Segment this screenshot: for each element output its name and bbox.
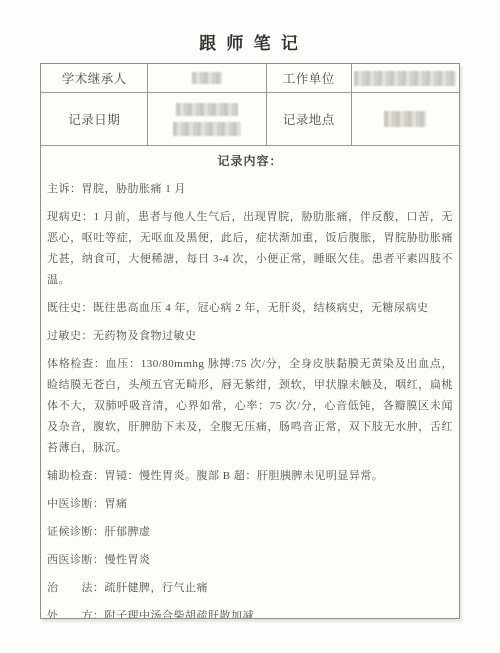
redacted-record-date-line1	[176, 103, 238, 116]
redacted-successor-name	[192, 72, 222, 84]
redacted-work-unit	[354, 71, 456, 86]
allergy-history: 过敏史：无药物及食物过敏史	[47, 326, 453, 347]
successor-label: 学术继承人	[62, 69, 127, 87]
prescription: 处 方：附子理中汤合柴胡疏肝散加减	[47, 606, 453, 618]
record-content-section: 记录内容： 主诉：胃脘，胁肋胀痛 1 月 现病史：1 月前，患者与他人生气后，出…	[41, 146, 459, 618]
note-table: 学术继承人 工作单位 记录日期 记录地点	[40, 63, 460, 619]
record-date-label-cell: 记录日期	[41, 93, 148, 146]
record-place-label-cell: 记录地点	[267, 93, 352, 146]
redacted-record-place	[384, 111, 426, 127]
tcm-diagnosis: 中医诊断：胃痛	[47, 494, 453, 515]
work-unit-label: 工作单位	[283, 69, 335, 87]
info-header-table: 学术继承人 工作单位 记录日期 记录地点	[41, 64, 459, 146]
record-date-value-cell	[148, 93, 266, 146]
work-unit-value-cell	[352, 64, 459, 93]
physical-exam: 体格检查：血压：130/80mmhg 脉搏:75 次/分，全身皮肤黏膜无黄染及出…	[47, 354, 453, 459]
auxiliary-exam: 辅助检查：胃镜：慢性胃炎。腹部 B 超：肝胆胰脾未见明显异常。	[47, 466, 453, 487]
treatment-method: 治 法：疏肝健脾，行气止痛	[47, 578, 453, 599]
page-title: 跟 师 笔 记	[0, 33, 500, 55]
past-history: 既往史：既往患高血压 4 年，冠心病 2 年，无肝炎，结核病史，无糖尿病史	[47, 298, 453, 319]
record-place-label: 记录地点	[283, 110, 335, 128]
successor-label-cell: 学术继承人	[41, 64, 148, 93]
work-unit-label-cell: 工作单位	[267, 64, 352, 93]
western-diagnosis: 西医诊断：慢性胃炎	[47, 550, 453, 571]
record-date-label: 记录日期	[68, 110, 120, 128]
document-page: 跟 师 笔 记 学术继承人 工作单位 记录日期	[0, 0, 500, 653]
chief-complaint: 主诉：胃脘，胁肋胀痛 1 月	[47, 179, 453, 200]
syndrome-diagnosis: 证候诊断：肝郁脾虚	[47, 522, 453, 543]
record-place-value-cell	[352, 93, 459, 146]
successor-value-cell	[148, 64, 266, 93]
present-illness: 现病史：1 月前，患者与他人生气后，出现胃脘，胁肋胀痛，伴反酸，口苦，无恶心，呕…	[47, 207, 453, 291]
redacted-record-date-line2	[173, 122, 241, 136]
record-content-heading: 记录内容：	[47, 151, 453, 172]
